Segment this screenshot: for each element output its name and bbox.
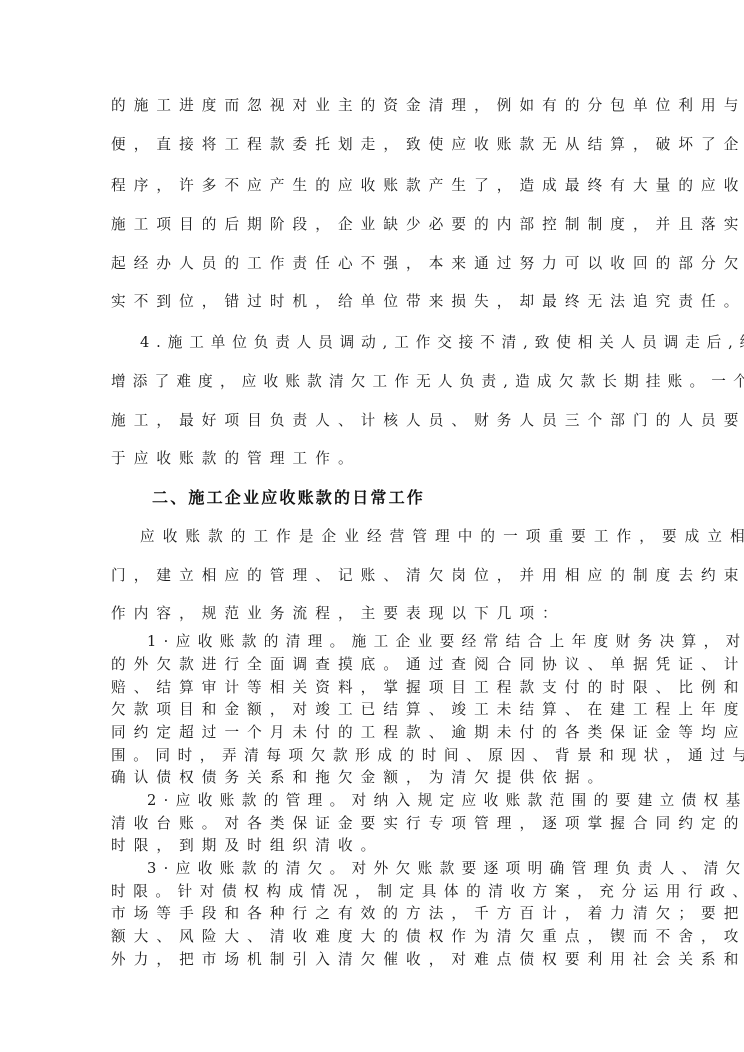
list-item-4-line: 4.施工单位负责人员调动,工作交接不清,致使相关人员调走后,给结算工作 bbox=[140, 333, 635, 353]
list-item-4-line: 施工，最好项目负责人、计核人员、财务人员三个部门的人员要稳定，这样有利 bbox=[111, 411, 635, 431]
paragraph-line: 施工项目的后期阶段，企业缺少必要的内部控制制度，并且落实不到位，往往引 bbox=[111, 215, 635, 235]
list-item-1-line: 欠款项目和金额，对竣工已结算、竣工未结算、在建工程上年度已验工计价按合 bbox=[111, 700, 635, 720]
list-item-3-line: 3·应收账款的清欠。对外欠账款要逐项明确管理负责人、清欠人员和收回 bbox=[147, 859, 635, 879]
list-item-1-line: 的外欠款进行全面调查摸底。通过查阅合同协议、单据凭证、计价签认、变更索 bbox=[111, 655, 635, 675]
paragraph-line: 实不到位，错过时机，给单位带来损失，却最终无法追究责任。 bbox=[111, 292, 635, 312]
list-item-2-line: 清收台账。对各类保证金要实行专项管理，逐项掌握合同约定的起算日期和返还 bbox=[111, 814, 635, 834]
document-page: 的施工进度而忽视对业主的资金清理，例如有的分包单位利用与业主关系密切之 便，直接… bbox=[0, 0, 744, 1052]
list-item-4-line: 于应收账款的管理工作。 bbox=[111, 449, 635, 469]
list-item-1-line: 围。同时，弄清每项欠款形成的时间、原因、背景和现状，通过与业主询证对账， bbox=[111, 746, 635, 766]
list-item-1-line: 1·应收账款的清理。施工企业要经常结合上年度财务决算，对上年度形成 bbox=[147, 632, 635, 652]
list-item-3-line: 市场等手段和各种行之有效的方法，千方百计，着力清欠；要把拖欠时间长、数 bbox=[111, 904, 635, 924]
paragraph-line: 的施工进度而忽视对业主的资金清理，例如有的分包单位利用与业主关系密切之 bbox=[111, 96, 635, 116]
list-item-2-line: 时限，到期及时组织清收。 bbox=[111, 836, 635, 856]
paragraph-line: 程序，许多不应产生的应收账款产生了，造成最终有大量的应收账款收不回。在 bbox=[111, 176, 635, 196]
list-item-3-line: 时限。针对债权构成情况，制定具体的清收方案，充分运用行政、经济、法律、 bbox=[111, 882, 635, 902]
list-item-3-line: 额大、风险大、清收难度大的债权作为清欠重点，锲而不舍，攻坚克难；要善借 bbox=[111, 927, 635, 947]
list-item-1-line: 同约定超过一个月未付的工程款、逾期未付的各类保证金等均应纳入年度清欠范 bbox=[111, 723, 635, 743]
paragraph-line: 便，直接将工程款委托划走，致使应收账款无从结算，破坏了企业正常工程结算 bbox=[111, 135, 635, 155]
intro-line: 作内容，规范业务流程，主要表现以下几项： bbox=[111, 604, 635, 624]
list-item-4-line: 增添了难度，应收账款清欠工作无人负责,造成欠款长期挂账。一个工程项目的 bbox=[111, 372, 635, 392]
section-heading: 二、施工企业应收账款的日常工作 bbox=[152, 487, 425, 509]
list-item-1-line: 赔、结算审计等相关资料，掌握项目工程款支付的时限、比例和数额，准确界定 bbox=[111, 678, 635, 698]
intro-line: 门，建立相应的管理、记账、清欠岗位，并用相应的制度去约束、激励，明确工 bbox=[111, 566, 635, 586]
list-item-2-line: 2·应收账款的管理。对纳入规定应收账款范围的要建立债权基础数据库和 bbox=[147, 791, 635, 811]
intro-line: 应收账款的工作是企业经营管理中的一项重要工作，要成立相应的组织部 bbox=[140, 527, 635, 547]
list-item-3-line: 外力，把市场机制引入清欠催收，对难点债权要利用社会关系和借助舆论监督等 bbox=[111, 950, 635, 970]
paragraph-line: 起经办人员的工作责任心不强，本来通过努力可以收回的部分欠款，由于责任落 bbox=[111, 254, 635, 274]
list-item-1-line: 确认债权债务关系和拖欠金额，为清欠提供依据。 bbox=[111, 768, 635, 788]
